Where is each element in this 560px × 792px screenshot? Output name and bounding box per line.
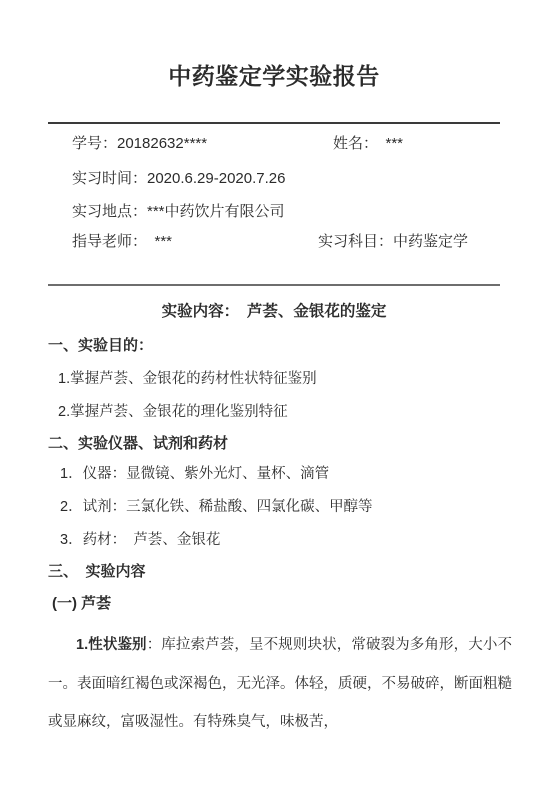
report-page: 中药鉴定学实验报告 学号：20182632**** 姓名： *** 实习时间：2… [0,0,560,792]
section-1-heading: 一、实验目的： [48,336,153,356]
header-rule-top [48,122,500,124]
field-student-id: 学号：20182632**** [72,134,207,154]
experiment-content-heading: 实验内容： 芦荟、金银花的鉴定 [24,299,524,321]
section-2-item-1: 1．仪器：显微镜、紫外光灯、量杯、滴管 [60,464,329,484]
subsection-aloe-heading: (一) 芦荟 [52,594,111,614]
aloe-character-identification-paragraph: 1.性状鉴别：库拉索芦荟，呈不规则块状，常破裂为多角形，大小不一。表面暗红褐色或… [48,626,512,742]
paragraph-lead: 1.性状鉴别 [76,637,147,653]
field-advisor: 指导老师： *** [72,232,172,252]
field-name: 姓名： *** [333,134,403,154]
field-practice-time: 实习时间：2020.6.29-2020.7.26 [72,169,285,189]
header-rule-middle [48,284,500,286]
section-2-item-2: 2．试剂：三氯化铁、稀盐酸、四氯化碳、甲醇等 [60,497,373,517]
section-3-heading: 三、 实验内容 [48,562,146,582]
section-2-heading: 二、实验仪器、试剂和药材 [48,434,228,454]
document-title: 中药鉴定学实验报告 [0,58,548,91]
field-subject: 实习科目：中药鉴定学 [318,232,468,252]
section-1-item-1: 1.掌握芦荟、金银花的药材性状特征鉴别 [58,369,317,389]
field-practice-place: 实习地点：***中药饮片有限公司 [72,202,285,222]
section-1-item-2: 2.掌握芦荟、金银花的理化鉴别特征 [58,402,288,422]
section-2-item-3: 3．药材： 芦荟、金银花 [60,530,220,550]
